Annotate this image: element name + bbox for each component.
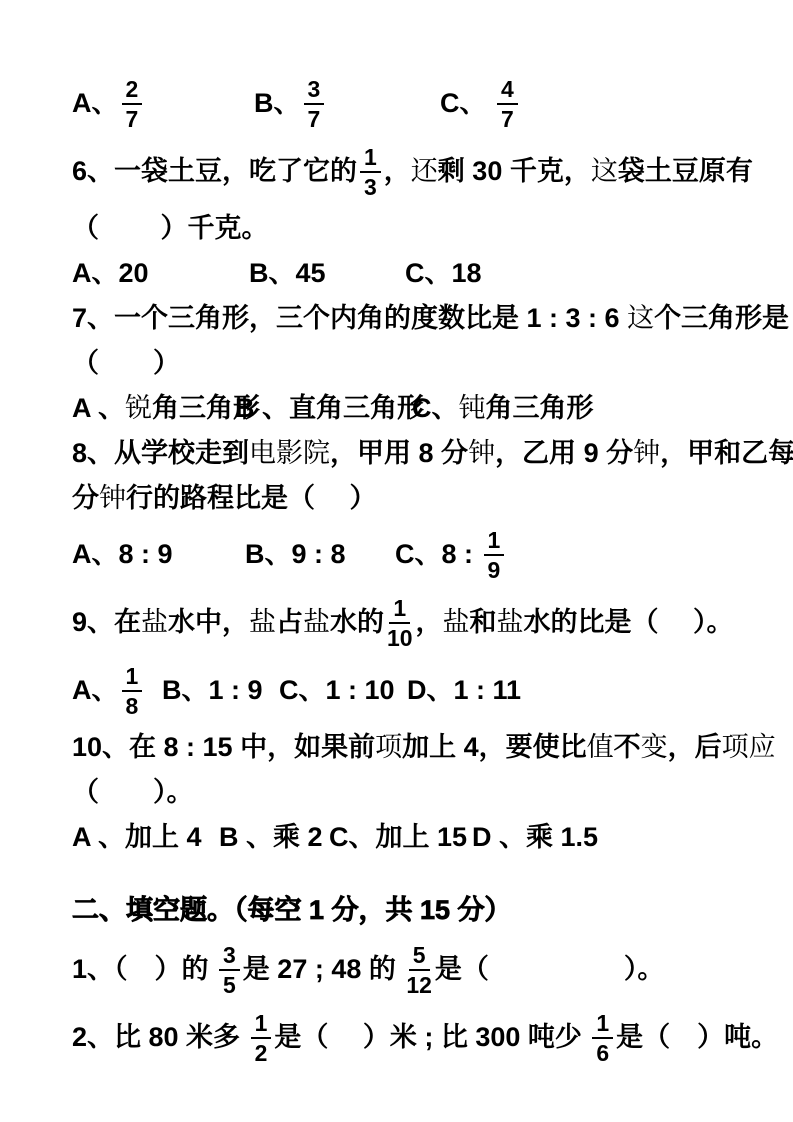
alt-text-run: 钟 <box>633 436 660 471</box>
text-run: A 、加上 4 <box>72 820 202 855</box>
text-run: 是（ ）米 ; 比 300 吨少 <box>274 1020 589 1055</box>
text-run: D 、乘 1.5 <box>472 820 598 855</box>
text-run: 个三角形是 <box>654 301 789 336</box>
alt-text-run: 钟 <box>468 436 495 471</box>
alt-text-run: 这 <box>591 154 618 189</box>
text-run: 占 <box>276 605 303 640</box>
fraction: 13 <box>360 145 381 199</box>
q9-options: A、18B、1 : 9C、1 : 10D、1 : 11 <box>72 657 755 725</box>
q8-options: A、8 : 9B、9 : 8C、8 : 19 <box>72 521 755 589</box>
text-run: B 、直角三角形 <box>235 391 424 426</box>
q5-options: A、27B、37C、 47 <box>72 70 755 138</box>
fraction-numerator: 4 <box>497 77 518 105</box>
fraction-numerator: 1 <box>592 1011 613 1039</box>
fraction: 18 <box>122 664 143 718</box>
text-run: 和 <box>470 605 497 640</box>
text-run: （ ）。 <box>72 775 194 810</box>
option-b: B 、乘 2 <box>219 815 323 860</box>
q6-text: 6、一袋土豆，吃了它的13，还剩 30 千克，这袋土豆原有 <box>72 138 755 206</box>
fraction: 35 <box>219 943 240 997</box>
section-2-header: 二、填空题。（每空 1 分，共 15 分） <box>72 886 755 936</box>
text-run: A、20 <box>72 256 149 291</box>
option-a: A、20 <box>72 251 149 296</box>
q8-text-1: 8、从学校走到电影院，甲用 8 分钟，乙用 9 分钟，甲和乙每 <box>72 431 755 476</box>
q8-text-2: 分钟行的路程比是（ ） <box>72 476 755 521</box>
option-c: C、加上 15 <box>329 815 467 860</box>
q10-blank: （ ）。 <box>72 770 755 815</box>
fraction-numerator: 1 <box>360 145 381 173</box>
text-run: ， <box>384 154 411 189</box>
alt-text-run: 盐 <box>303 605 330 640</box>
text-run: A、 <box>72 86 119 121</box>
text-run: A、8 : 9 <box>72 537 173 572</box>
fraction-numerator: 2 <box>122 77 143 105</box>
worksheet-page: A、27B、37C、 476、一袋土豆，吃了它的13，还剩 30 千克，这袋土豆… <box>0 0 793 1122</box>
text-run: （ ）千克。 <box>72 211 269 246</box>
q10-options: A 、加上 4B 、乘 2C、加上 15D 、乘 1.5 <box>72 815 755 860</box>
text-run: B、45 <box>249 256 326 291</box>
text-run: 袋土豆原有 <box>618 154 753 189</box>
fraction: 512 <box>406 943 432 997</box>
option-c: C、 47 <box>440 70 521 138</box>
option-a: A、18 <box>72 657 145 725</box>
option-d: D、1 : 11 <box>407 657 521 725</box>
text-run: 不 <box>614 730 641 765</box>
text-run: ，甲用 8 分 <box>330 436 468 471</box>
q6-blank: （ ）千克。 <box>72 206 755 251</box>
q9-text: 9、在盐水中，盐占盐水的110，盐和盐水的比是（ ）。 <box>72 589 755 657</box>
fill-q2: 2、比 80 米多 12是（ ）米 ; 比 300 吨少 16是（ ）吨。 <box>72 1004 755 1072</box>
fraction: 47 <box>497 77 518 131</box>
text-run: 6、一袋土豆，吃了它的 <box>72 154 357 189</box>
option-a: A、8 : 9 <box>72 521 173 589</box>
text-run: ，乙用 9 分 <box>495 436 633 471</box>
alt-text-run: 盐 <box>443 605 470 640</box>
option-b: B、45 <box>249 251 326 296</box>
text-run: C、8 : <box>395 537 481 572</box>
text-run: 是 27 ; 48 的 <box>243 952 404 987</box>
text-run: B 、乘 2 <box>219 820 323 855</box>
text-run: A、 <box>72 673 119 708</box>
alt-text-run: 值 <box>587 730 614 765</box>
fraction-denominator: 2 <box>255 1039 268 1065</box>
fraction-numerator: 5 <box>409 943 430 971</box>
fraction: 16 <box>592 1011 613 1065</box>
text-run: 二、填空题。（每空 1 分，共 15 分） <box>72 893 512 928</box>
text-run: B、 <box>254 86 301 121</box>
text-run: C、 <box>440 86 494 121</box>
fraction-denominator: 6 <box>596 1039 609 1065</box>
fraction: 110 <box>387 596 413 650</box>
text-run: 2、比 80 米多 <box>72 1020 248 1055</box>
alt-text-run: 项 <box>375 730 402 765</box>
text-run: 9、在 <box>72 605 141 640</box>
text-run: A 、 <box>72 391 125 426</box>
q7-text: 7、一个三角形，三个内角的度数比是 1 : 3 : 6 这个三角形是 <box>72 296 755 341</box>
text-run: 水的比是（ ）。 <box>524 605 734 640</box>
fraction-denominator: 7 <box>501 105 514 131</box>
fraction-denominator: 10 <box>387 624 413 650</box>
option-c: C、18 <box>405 251 482 296</box>
text-run: C、1 : 10 <box>279 673 395 708</box>
fraction-numerator: 3 <box>304 77 325 105</box>
fraction: 19 <box>484 528 505 582</box>
fraction-denominator: 8 <box>126 692 139 718</box>
text-run: ，甲和乙每 <box>660 436 793 471</box>
alt-text-run: 这 <box>627 301 654 336</box>
option-a: A 、加上 4 <box>72 815 202 860</box>
fraction-denominator: 7 <box>126 105 139 131</box>
option-c: C、钝角三角形 <box>412 386 594 431</box>
q6-options: A、20B、45C、18 <box>72 251 755 296</box>
option-a: A、27 <box>72 70 145 138</box>
text-run: （ ） <box>72 346 180 381</box>
q7-options: A 、锐角三角形B 、直角三角形C、钝角三角形 <box>72 386 755 431</box>
fraction-numerator: 1 <box>122 664 143 692</box>
q7-blank: （ ） <box>72 341 755 386</box>
option-b: B、37 <box>254 70 327 138</box>
text-run: 水中， <box>168 605 249 640</box>
alt-text-run: 盐 <box>249 605 276 640</box>
fraction-denominator: 12 <box>406 971 432 997</box>
option-c: C、8 : 19 <box>395 521 507 589</box>
text-run: C、18 <box>405 256 482 291</box>
option-d: D 、乘 1.5 <box>472 815 598 860</box>
text-run: 剩 30 千克， <box>438 154 591 189</box>
fraction-numerator: 1 <box>389 596 410 624</box>
text-run: 加上 4，要使比 <box>402 730 587 765</box>
text-run: C、加上 15 <box>329 820 467 855</box>
fraction-numerator: 3 <box>219 943 240 971</box>
alt-text-run: 还 <box>411 154 438 189</box>
alt-text-run: 锐 <box>125 391 152 426</box>
fraction: 37 <box>304 77 325 131</box>
text-run: ，后 <box>668 730 722 765</box>
alt-text-run: 电影院 <box>249 436 330 471</box>
option-b: B、1 : 9 <box>162 657 263 725</box>
text-run: 7、一个三角形，三个内角的度数比是 1 : 3 : 6 <box>72 301 627 336</box>
fraction: 27 <box>122 77 143 131</box>
alt-text-run: 项应 <box>722 730 776 765</box>
fraction: 12 <box>251 1011 272 1065</box>
alt-text-run: 变 <box>641 730 668 765</box>
text-run: 8、从学校走到 <box>72 436 249 471</box>
option-c: C、1 : 10 <box>279 657 395 725</box>
text-run: B、1 : 9 <box>162 673 263 708</box>
alt-text-run: 盐 <box>141 605 168 640</box>
text-run: 分 <box>72 481 99 516</box>
option-a: A 、锐角三角形 <box>72 386 260 431</box>
fraction-denominator: 9 <box>488 556 501 582</box>
text-run: 角三角形 <box>486 391 594 426</box>
option-b: B、9 : 8 <box>245 521 346 589</box>
text-run: 是（ ）吨。 <box>616 1020 778 1055</box>
text-run: C、 <box>412 391 459 426</box>
q10-text: 10、在 8 : 15 中，如果前项加上 4，要使比值不变，后项应 <box>72 725 755 770</box>
fraction-numerator: 1 <box>484 528 505 556</box>
fraction-denominator: 7 <box>308 105 321 131</box>
fraction-numerator: 1 <box>251 1011 272 1039</box>
alt-text-run: 钟 <box>99 481 126 516</box>
fraction-denominator: 3 <box>364 173 377 199</box>
alt-text-run: 盐 <box>497 605 524 640</box>
text-run: 10、在 8 : 15 中，如果前 <box>72 730 375 765</box>
text-run: ， <box>416 605 443 640</box>
text-run: 行的路程比是（ ） <box>126 481 377 516</box>
text-run: 1、（ ）的 <box>72 952 216 987</box>
text-run: D、1 : 11 <box>407 673 521 708</box>
option-b: B 、直角三角形 <box>235 386 424 431</box>
fraction-denominator: 5 <box>223 971 236 997</box>
text-run: B、9 : 8 <box>245 537 346 572</box>
text-run: 是（ ）。 <box>435 952 665 987</box>
text-run: 水的 <box>330 605 384 640</box>
alt-text-run: 钝 <box>459 391 486 426</box>
fill-q1: 1、（ ）的 35是 27 ; 48 的 512是（ ）。 <box>72 936 755 1004</box>
